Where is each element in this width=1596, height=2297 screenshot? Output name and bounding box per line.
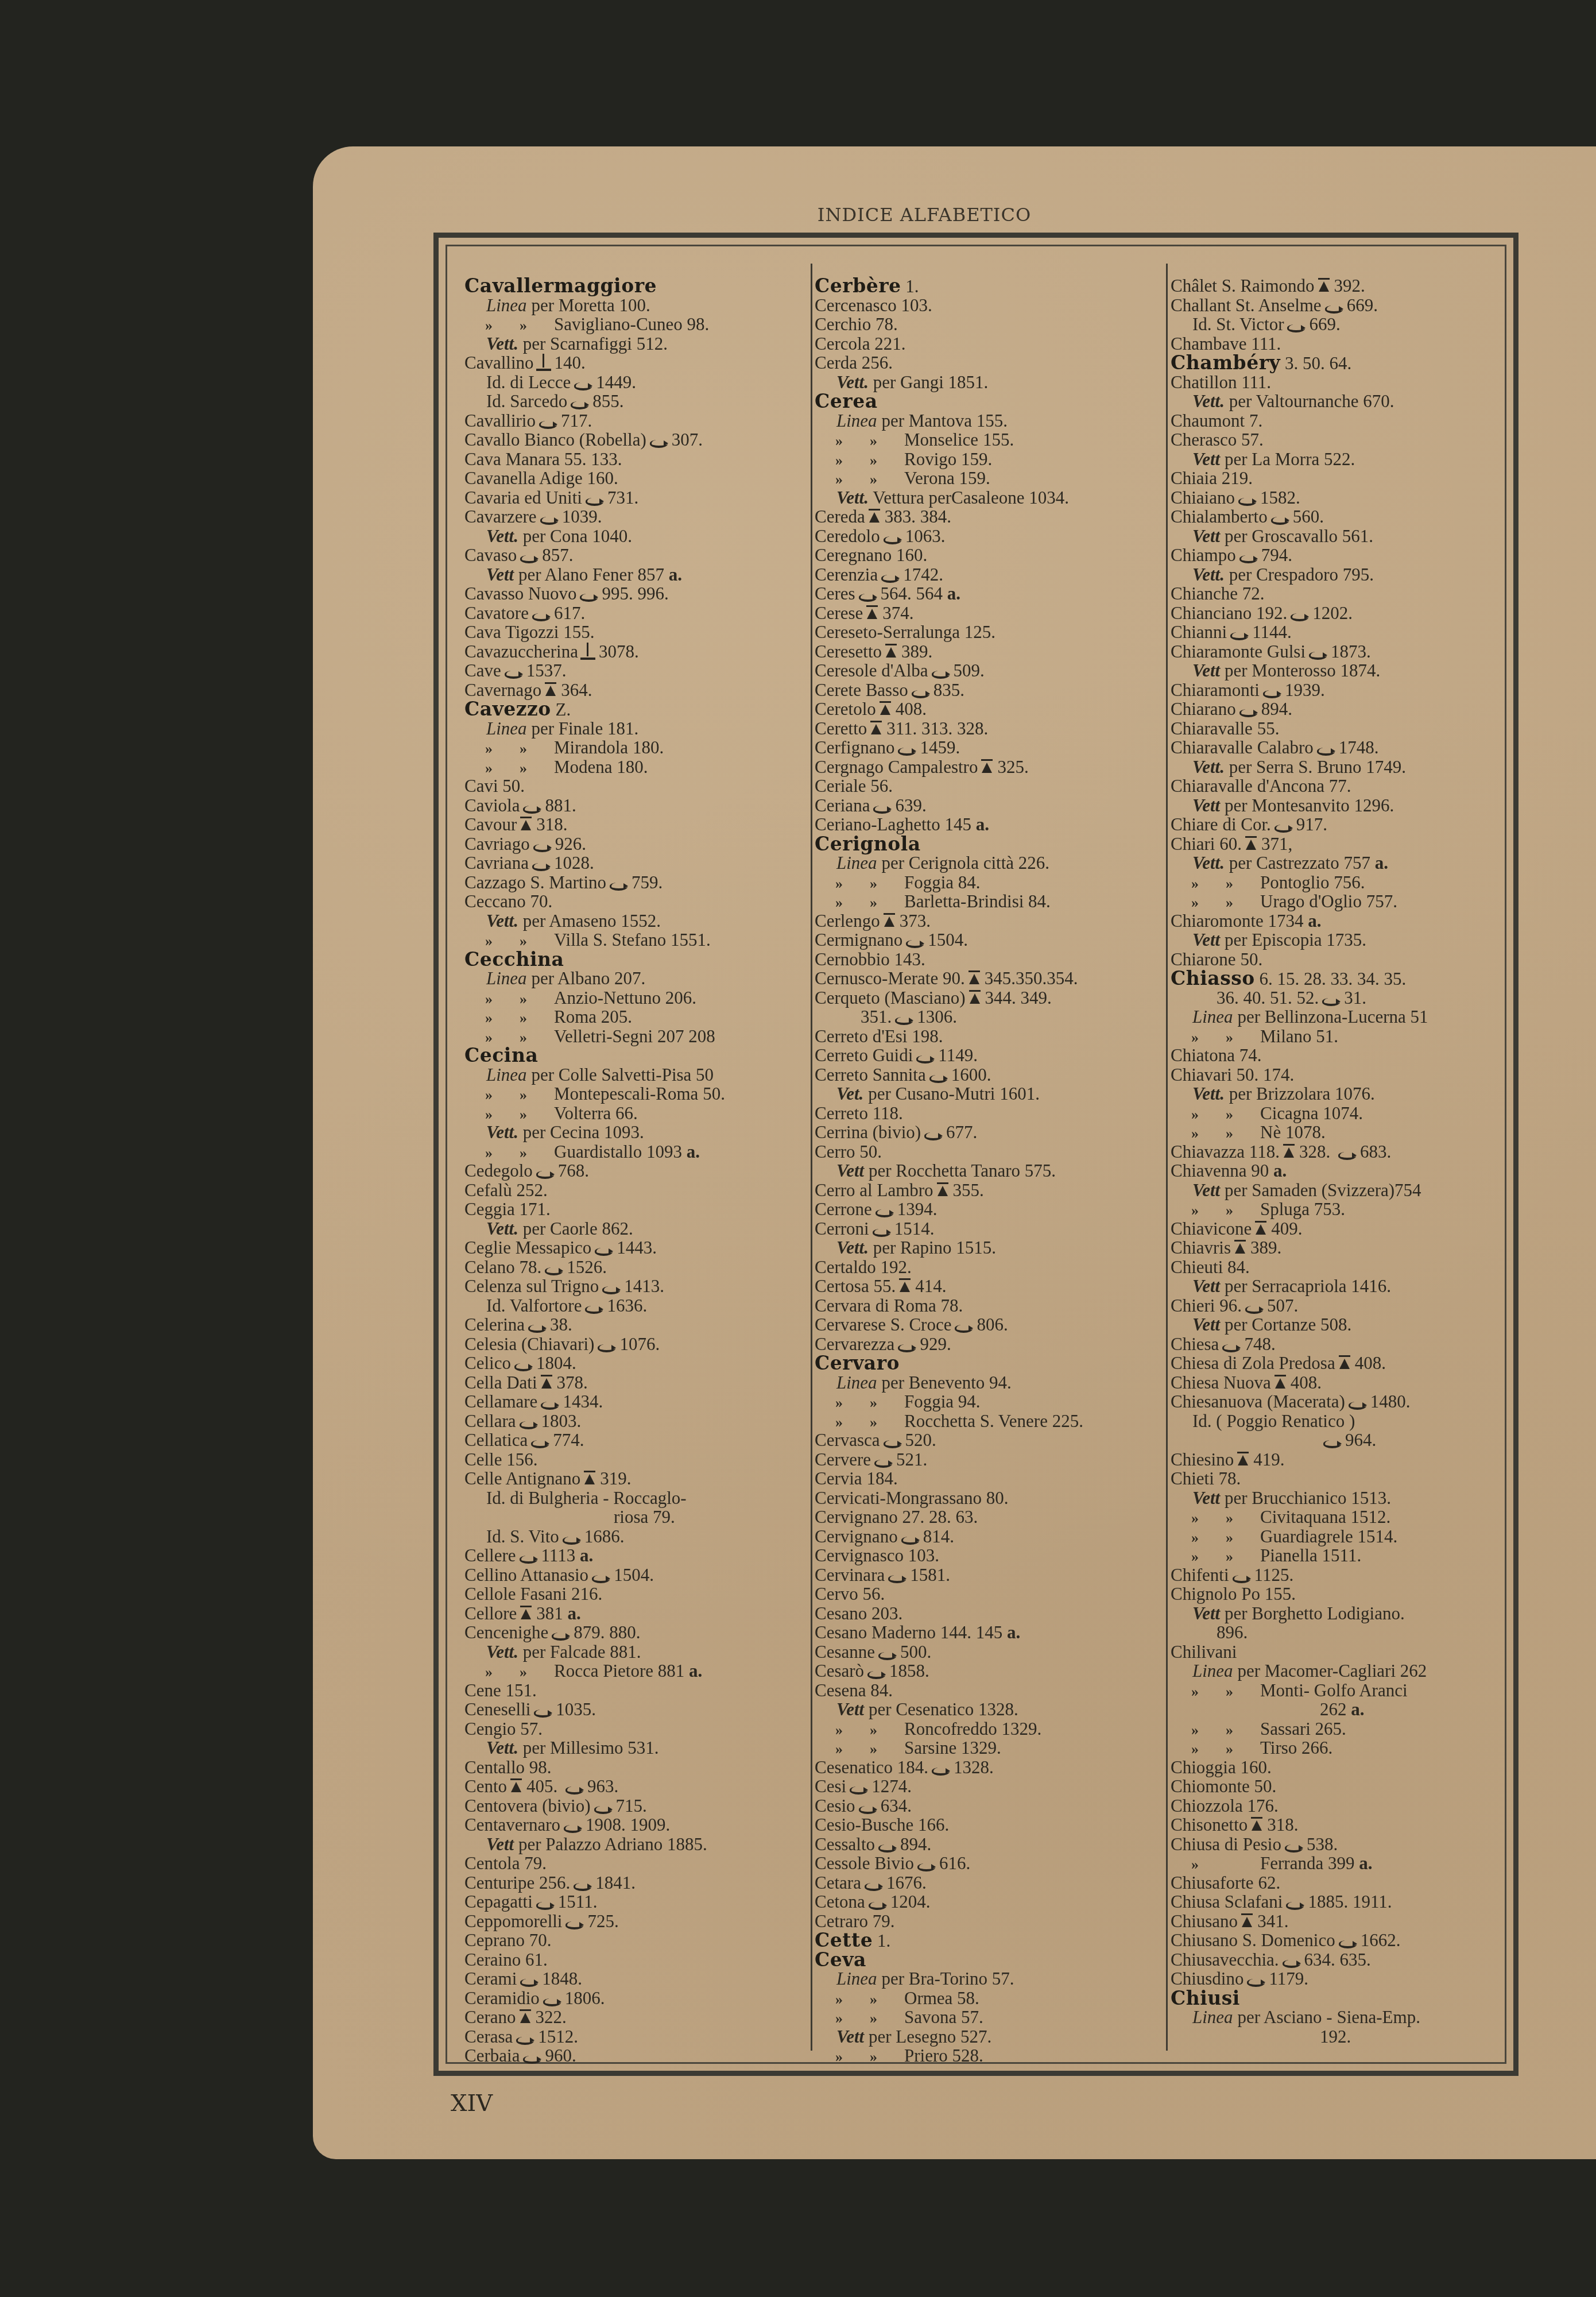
index-entry: Chiusavecchia.634. 635. <box>1171 1950 1509 1970</box>
entry-text: Celano 78. <box>464 1257 541 1277</box>
running-header: INDICE ALFABETICO <box>313 204 1415 226</box>
ref-suffix: a. <box>568 1603 581 1623</box>
entry-text: Cerreto 118. <box>815 1103 903 1123</box>
entry-text: Celle Antignano <box>464 1468 580 1488</box>
index-entry: Celico1804. <box>464 1354 803 1373</box>
tram-stop-bell-icon <box>967 969 981 988</box>
entry-text: Chiaia 219. <box>1171 468 1253 488</box>
entry-text: Cellore <box>464 1603 517 1623</box>
index-entry: Ceredolo1063. <box>815 527 1153 546</box>
table-ref: 1676. <box>886 1873 927 1893</box>
entry-text: Cesano 203. <box>815 1603 902 1623</box>
tramway-icon <box>931 1766 950 1774</box>
entry-text: Cetara <box>815 1873 861 1893</box>
entry-text: Rovigo 159. <box>904 449 992 469</box>
index-entry: Vett. per Scarnafiggi 512. <box>464 334 803 354</box>
entry-text: Sassari 265. <box>1260 1719 1346 1739</box>
table-ref: 1748. <box>1339 737 1379 757</box>
tram-stop-bell-icon <box>968 989 982 1007</box>
vettura-label: Vett <box>486 1834 514 1854</box>
index-entry: Centola 79. <box>464 1854 803 1873</box>
table-ref: 1274. <box>871 1776 912 1796</box>
index-entry: Cavernago364. <box>464 680 803 700</box>
index-entry: Cavallino140. <box>464 353 803 373</box>
entry-text: Monti- Golfo Aranci <box>1260 1680 1408 1700</box>
tram-stop-bell-icon <box>1282 1143 1296 1161</box>
index-entry: Cervarese S. Croce806. <box>815 1315 1153 1335</box>
table-ref: 1443. <box>617 1238 657 1258</box>
index-entry: Chambéry 3. 50. 64. <box>1171 353 1509 373</box>
index-entry: Cermignano1504. <box>815 930 1153 950</box>
table-ref: 319. <box>600 1468 631 1488</box>
vettura-label: Vett <box>1192 795 1220 815</box>
entry-text: Cavallino <box>464 353 534 373</box>
table-ref: 344. 349. <box>985 988 1052 1008</box>
entry-text: Cellamare <box>464 1391 537 1412</box>
table-ref: 381 <box>536 1603 563 1623</box>
table-ref: 507. <box>1267 1296 1298 1316</box>
table-ref: 725. <box>587 1911 618 1931</box>
entry-text: Chiaravalle 55. <box>1171 718 1279 738</box>
entry-heading: Cavezzo <box>464 698 551 720</box>
entry-text: Anzio-Nettuno 206. <box>554 988 696 1008</box>
entry-text: Ceretolo <box>815 699 876 719</box>
tramway-icon <box>882 535 902 543</box>
entry-text: Cereda <box>815 506 865 527</box>
index-entry: Chiavicone409. <box>1171 1219 1509 1239</box>
ditto-marks: »» <box>485 739 554 759</box>
index-entry: Celle 156. <box>464 1450 803 1470</box>
index-entry: Vett. per Castrezzato 757 a. <box>1171 853 1509 873</box>
index-entry: Chiare di Cor.917. <box>1171 815 1509 834</box>
tram-stop-bell-icon <box>1250 1816 1264 1834</box>
entry-text: Chambave 111. <box>1171 334 1281 354</box>
tramway-icon <box>573 381 592 389</box>
index-entry: »»Monselice 155. <box>815 430 1153 450</box>
index-entry: riosa 79. <box>464 1507 803 1527</box>
table-ref: 1858. <box>889 1661 929 1681</box>
index-entry: Ceresetto389. <box>815 642 1153 662</box>
entry-text: per Mantova 155. <box>881 411 1008 431</box>
entry-text: per Samaden (Svizzera)754 <box>1225 1180 1421 1200</box>
table-ref: 964. <box>1345 1430 1376 1450</box>
entry-text: Chiaravalle Calabro <box>1171 737 1314 757</box>
index-entry: Cerchio 78. <box>815 315 1153 334</box>
index-entry: »»Montepescali-Roma 50. <box>464 1084 803 1104</box>
index-entry: Chiesa748. <box>1171 1335 1509 1354</box>
entry-text: per Asciano - Siena-Emp. <box>1237 2007 1420 2027</box>
ditto-marks: »» <box>835 1393 904 1413</box>
ditto-marks: »» <box>1191 893 1260 912</box>
index-entry: Vett. per Caorle 862. <box>464 1219 803 1239</box>
linea-label: Linea <box>486 1065 527 1085</box>
entry-refs: 1. <box>905 276 919 296</box>
vettura-label: Vett. <box>486 911 518 931</box>
entry-text: Ceprano 70. <box>464 1930 552 1950</box>
index-entry: Cesano 203. <box>815 1604 1153 1623</box>
entry-text: Ceriana <box>815 795 870 815</box>
index-entry: Ceriano-Laghetto 145 a. <box>815 815 1153 834</box>
vettura-label: Vett <box>1192 1180 1220 1200</box>
vettura-label: Vett. <box>486 334 518 354</box>
entry-text: per Rapino 1515. <box>873 1238 996 1258</box>
index-entry: Cesena 84. <box>815 1681 1153 1700</box>
entry-text: per Cerignola città 226. <box>881 853 1049 873</box>
entry-refs: 1. <box>877 1931 890 1951</box>
entry-text: Modena 180. <box>554 757 648 777</box>
entry-text: Cereseto-Serralunga 125. <box>815 622 995 642</box>
entry-refs: 6. 15. 28. 33. 34. 35. <box>1260 969 1407 989</box>
index-entry: Caviola881. <box>464 796 803 815</box>
entry-text: Chiatona 74. <box>1171 1045 1261 1065</box>
table-ref: 307. <box>672 430 703 450</box>
entry-text: Centola 79. <box>464 1853 547 1873</box>
index-entry: Linea per Colle Salvetti-Pisa 50 <box>464 1065 803 1085</box>
entry-text: Chifenti <box>1171 1565 1229 1585</box>
ditto-marks: »» <box>835 1739 904 1759</box>
index-entry: »»Sarsine 1329. <box>815 1738 1153 1758</box>
tramway-icon <box>928 1074 948 1082</box>
table-ref: 538. <box>1307 1834 1338 1854</box>
index-entry: Cerbaia960. <box>464 2046 803 2066</box>
index-entry: »»Cicagna 1074. <box>1171 1104 1509 1123</box>
entry-text: Cavaso <box>464 545 517 565</box>
entry-text: per Episcopia 1735. <box>1225 930 1366 950</box>
index-entry: Linea per Asciano - Siena-Emp. <box>1171 2008 1509 2027</box>
table-ref: 1144. <box>1252 622 1292 642</box>
index-entry: Cavaria ed Uniti731. <box>464 488 803 508</box>
entry-text: Cerreto Sannita <box>815 1065 926 1085</box>
table-ref: 414. <box>915 1276 946 1296</box>
tram-stop-bell-icon <box>1236 1451 1250 1469</box>
entry-text: Cerrina (bivio) <box>815 1122 921 1142</box>
index-entry: Chilivani <box>1171 1642 1509 1662</box>
entry-text: Chiarone 50. <box>1171 949 1262 969</box>
entry-text: Chianciano 192. <box>1171 603 1287 623</box>
entry-text: Id. St. Victor <box>1192 314 1284 334</box>
entry-text: riosa 79. <box>614 1507 675 1527</box>
entry-refs: Z. <box>556 699 571 720</box>
table-ref: 341. <box>1257 1911 1288 1931</box>
entry-text: Chaumont 7. <box>1171 411 1262 431</box>
index-entry: Chiaromonte 1734 a. <box>1171 911 1509 931</box>
index-entry: Cavasso Nuovo995. 996. <box>464 584 803 604</box>
entry-text: Villa S. Stefano 1551. <box>554 930 711 950</box>
table-ref: 806. <box>977 1314 1008 1335</box>
entry-text: Chianche 72. <box>1171 583 1265 604</box>
index-entry: »»Rocchetta S. Venere 225. <box>815 1412 1153 1431</box>
entry-text: per Brucchianico 1513. <box>1225 1488 1391 1508</box>
entry-text: Chisonetto <box>1171 1815 1248 1835</box>
ditto-marks: »» <box>1191 1682 1260 1702</box>
index-entry: Cavi 50. <box>464 776 803 796</box>
tramway-icon <box>1270 516 1289 524</box>
entry-text: Chiampo <box>1171 545 1236 565</box>
entry-text: Cervicati-Mongrassano 80. <box>815 1488 1008 1508</box>
table-ref: 1504. <box>928 930 968 950</box>
index-entry: Vett. per Rapino 1515. <box>815 1238 1153 1258</box>
vettura-label: Vett. <box>1192 564 1225 585</box>
table-ref: 669. <box>1309 314 1340 334</box>
table-ref: 1459. <box>920 737 960 757</box>
tram-stop-bell-icon <box>518 2008 532 2027</box>
tramway-icon <box>564 1785 584 1793</box>
tram-stop-bell-icon <box>1240 1912 1254 1931</box>
table-ref: 683. <box>1360 1142 1391 1162</box>
entry-text: Cermignano <box>815 930 902 950</box>
index-entry: Linea per Cerignola città 226. <box>815 853 1153 873</box>
entry-text: per Bra-Torino 57. <box>881 1969 1014 1989</box>
index-entry: Cellara1803. <box>464 1412 803 1431</box>
tramway-icon <box>1281 1959 1301 1967</box>
index-entry: Cene 151. <box>464 1681 803 1700</box>
entry-text: Cento <box>464 1776 507 1796</box>
entry-text: Celle 156. <box>464 1449 537 1470</box>
index-entry: Celano 78.1526. <box>464 1258 803 1277</box>
index-entry: Vett. per Millesimo 531. <box>464 1738 803 1758</box>
entry-text: Cava Tigozzi 155. <box>464 622 594 642</box>
table-ref: 419. <box>1253 1449 1284 1470</box>
index-entry: Cavezzo Z. <box>464 699 803 719</box>
entry-text: Chiaramonti <box>1171 680 1260 700</box>
index-entry: Cefalù 252. <box>464 1181 803 1200</box>
entry-text: Celerina <box>464 1314 525 1335</box>
tram-stop-bell-icon <box>519 815 533 834</box>
index-entry: »»Spluga 753. <box>1171 1200 1509 1219</box>
entry-heading: Chambéry <box>1171 351 1280 374</box>
tramway-icon <box>530 1439 549 1447</box>
tramway-icon <box>1284 1843 1303 1851</box>
entry-text: Cavi 50. <box>464 776 525 796</box>
index-entry: Vett per Serracapriola 1416. <box>1171 1277 1509 1296</box>
entry-text: Chiarano <box>1171 699 1236 719</box>
index-entry: »»Savona 57. <box>815 2008 1153 2027</box>
index-entry: »»Nè 1078. <box>1171 1123 1509 1142</box>
entry-text: Sarsine 1329. <box>904 1738 1001 1758</box>
tramway-icon <box>874 1208 894 1216</box>
ditto-marks: »» <box>485 1662 554 1682</box>
index-entry: »»Verona 159. <box>815 469 1153 488</box>
entry-text: Chiomonte 50. <box>1171 1776 1276 1796</box>
index-entry: Chiaravalle Calabro1748. <box>1171 738 1509 757</box>
vettura-label: Vett. <box>836 1238 869 1258</box>
entry-text: per Groscavallo 561. <box>1225 526 1373 546</box>
index-entry: Cerroni1514. <box>815 1219 1153 1239</box>
index-entry: Chianni1144. <box>1171 622 1509 642</box>
entry-text: Roma 205. <box>554 1007 632 1027</box>
tramway-icon <box>594 1247 613 1255</box>
entry-text: Ceres <box>815 583 855 604</box>
index-entry: Vett. per Serra S. Bruno 1749. <box>1171 757 1509 777</box>
index-entry: Vett. Vettura perCasaleone 1034. <box>815 488 1153 508</box>
index-entry: Chiavari 50. 174. <box>1171 1065 1509 1085</box>
entry-text: Cernusco-Merate 90. <box>815 968 965 988</box>
table-ref: 960. <box>545 2045 576 2066</box>
entry-text: Cavanella Adige 160. <box>464 468 618 488</box>
tram-stop-bell-icon <box>1233 1239 1247 1257</box>
index-entry: Chiaia 219. <box>1171 469 1509 488</box>
index-entry: Chiarano894. <box>1171 699 1509 719</box>
index-entry: Id. Valfortore1636. <box>464 1296 803 1316</box>
entry-text: Foggia 84. <box>904 872 981 892</box>
index-entry: 964. <box>1171 1430 1509 1450</box>
tram-stop-bell-icon <box>869 720 883 738</box>
entry-text: Chiavazza 118. <box>1171 1142 1280 1162</box>
table-ref: 345.350.354. <box>985 968 1078 988</box>
vettura-label: Vet. <box>836 1084 863 1104</box>
tramway-icon <box>513 1362 533 1370</box>
index-entry: Cavour318. <box>464 815 803 834</box>
tram-stop-bell-icon <box>1244 835 1258 853</box>
tramway-icon <box>905 939 924 947</box>
index-entry: Cerete Basso835. <box>815 680 1153 700</box>
index-entry: Chiaramonti1939. <box>1171 680 1509 700</box>
index-entry: Id. Sarcedo855. <box>464 392 803 411</box>
tramway-icon <box>531 862 551 870</box>
index-entry: Ceramidio1806. <box>464 1989 803 2008</box>
entry-text: per La Morra 522. <box>1225 449 1355 469</box>
vettura-label: Vett. <box>1192 391 1225 411</box>
ref-suffix: a. <box>669 564 682 585</box>
table-ref: 318. <box>1267 1815 1298 1835</box>
index-entry: Chiusano S. Domenico1662. <box>1171 1931 1509 1950</box>
index-entry: Cereseto-Serralunga 125. <box>815 622 1153 642</box>
entry-text: Cave <box>464 660 501 680</box>
table-ref: 1662. <box>1361 1930 1401 1950</box>
linea-label: Linea <box>1192 1007 1233 1027</box>
entry-text: Chiavris <box>1171 1238 1231 1258</box>
entry-text: Cercenasco 103. <box>815 295 932 315</box>
entry-text: Cavatore <box>464 603 529 623</box>
index-entry: Chiusa di Pesio538. <box>1171 1835 1509 1854</box>
entry-text: Vettura perCasaleone 1034. <box>873 488 1069 508</box>
index-entry: Linea per Mantova 155. <box>815 411 1153 431</box>
entry-text: Centavernaro <box>464 1815 560 1835</box>
index-entry: Cessole Bivio616. <box>815 1854 1153 1873</box>
entry-text: Chiusavecchia. <box>1171 1950 1279 1970</box>
index-entry: Cavatore617. <box>464 604 803 623</box>
entry-text: Cavriago <box>464 834 530 854</box>
entry-text: Cedegolo <box>464 1161 533 1181</box>
index-entry: Chignolo Po 155. <box>1171 1584 1509 1604</box>
ditto-marks: »» <box>835 470 904 489</box>
index-entry: Ceccano 70. <box>464 892 803 911</box>
index-entry: Cerese374. <box>815 604 1153 623</box>
index-entry: Cervara di Roma 78. <box>815 1296 1153 1316</box>
entry-text: Cessalto <box>815 1834 875 1854</box>
ditto-marks: »» <box>835 1990 904 2009</box>
index-entry: Cernusco-Merate 90.345.350.354. <box>815 969 1153 988</box>
index-entry: Chiampo794. <box>1171 546 1509 565</box>
tramway-icon <box>931 670 950 678</box>
table-ref: 731. <box>607 488 638 508</box>
entry-text: Ceneselli <box>464 1699 530 1719</box>
tramway-icon <box>873 1459 893 1467</box>
index-entry: Cerbère 1. <box>815 276 1153 296</box>
entry-text: Id. Sarcedo <box>486 391 567 411</box>
index-entry: Vett per Alano Fener 857 a. <box>464 565 803 585</box>
tramway-icon <box>1338 1939 1357 1947</box>
index-entry: Vett per La Morra 522. <box>1171 450 1509 469</box>
entry-text: per Serra S. Bruno 1749. <box>1229 757 1406 777</box>
index-entry: »»Ormea 58. <box>815 1989 1153 2008</box>
tramway-icon <box>915 1054 935 1062</box>
index-entry: Ceriana639. <box>815 796 1153 815</box>
ditto-marks: »» <box>835 431 904 451</box>
tram-stop-bell-icon <box>980 758 994 776</box>
table-ref: 500. <box>900 1642 931 1662</box>
ditto-marks: »» <box>835 893 904 912</box>
entry-text: Cervere <box>815 1449 871 1470</box>
entry-text: Chiesino <box>1171 1449 1234 1470</box>
entry-text: Cervara di Roma 78. <box>815 1296 963 1316</box>
index-entry: Linea per Finale 181. <box>464 719 803 738</box>
vettura-label: Vett. <box>486 1219 518 1239</box>
entry-text: Chiusaforte 62. <box>1171 1873 1280 1893</box>
index-entry: Chieti 78. <box>1171 1469 1509 1488</box>
tramway-icon <box>1237 497 1257 505</box>
entry-text: 262 <box>1320 1699 1347 1719</box>
index-entry: Id. St. Victor669. <box>1171 315 1509 334</box>
entry-text: Mirandola 180. <box>554 737 664 757</box>
tramway-icon <box>1262 689 1281 697</box>
entry-text: Chianni <box>1171 622 1227 642</box>
index-entry: Cella Dati378. <box>464 1373 803 1393</box>
index-column-2: Cerbère 1.Cercenasco 103.Cerchio 78.Cerc… <box>815 276 1153 2066</box>
entry-text: Cesio-Busche 166. <box>815 1815 949 1835</box>
tramway-icon <box>572 1882 592 1890</box>
tram-stop-bell-icon <box>865 604 879 622</box>
index-entry: Challant St. Anselme669. <box>1171 296 1509 315</box>
entry-text: Cervarezza <box>815 1334 894 1354</box>
book-page: INDICE ALFABETICO CavallermaggioreLinea … <box>313 146 1596 2159</box>
entry-text: Cerda 256. <box>815 353 893 373</box>
index-entry: Cergnago Campalestro325. <box>815 757 1153 777</box>
tramway-icon <box>564 1920 584 1928</box>
entry-text: per Montesanvito 1296. <box>1225 795 1394 815</box>
index-entry: Chiesa Nuova408. <box>1171 1373 1509 1393</box>
table-ref: 31. <box>1344 988 1366 1008</box>
entry-text: Ceresetto <box>815 641 882 662</box>
tramway-icon <box>535 1170 555 1178</box>
table-ref: 715. <box>616 1796 647 1816</box>
entry-text: Cessole Bivio <box>815 1853 914 1873</box>
tramway-icon <box>894 1016 913 1024</box>
entry-heading: Cerbère <box>815 274 901 297</box>
tramway-icon <box>609 881 628 890</box>
entry-text: Cesio <box>815 1796 855 1816</box>
vettura-label: Vett <box>1192 1488 1220 1508</box>
tramway-icon <box>527 1324 547 1332</box>
ref-suffix: a. <box>1351 1699 1364 1719</box>
index-column-1: CavallermaggioreLinea per Moretta 100.»»… <box>464 276 803 2066</box>
entry-text: Tirso 266. <box>1260 1738 1332 1758</box>
entry-text: Chiaravalle d'Ancona 77. <box>1171 776 1351 796</box>
vettura-label: Vett. <box>486 1642 518 1662</box>
index-entry: Chatillon 111. <box>1171 373 1509 392</box>
entry-text: per Gangi 1851. <box>873 372 989 392</box>
entry-text: Roncofreddo 1329. <box>904 1719 1041 1739</box>
entry-text: Spluga 753. <box>1260 1199 1345 1219</box>
index-entry: Chiusdino1179. <box>1171 1969 1509 1989</box>
tramway-icon <box>872 805 892 813</box>
entry-text: Id. S. Vito <box>486 1526 559 1546</box>
page-frame-inner: CavallermaggioreLinea per Moretta 100.»»… <box>446 245 1506 2064</box>
entry-text: Urago d'Oglio 757. <box>1260 891 1397 911</box>
index-entry: »»Urago d'Oglio 757. <box>1171 892 1509 911</box>
index-entry: Cereda383. 384. <box>815 507 1153 527</box>
ditto-marks: »» <box>1191 1528 1260 1548</box>
